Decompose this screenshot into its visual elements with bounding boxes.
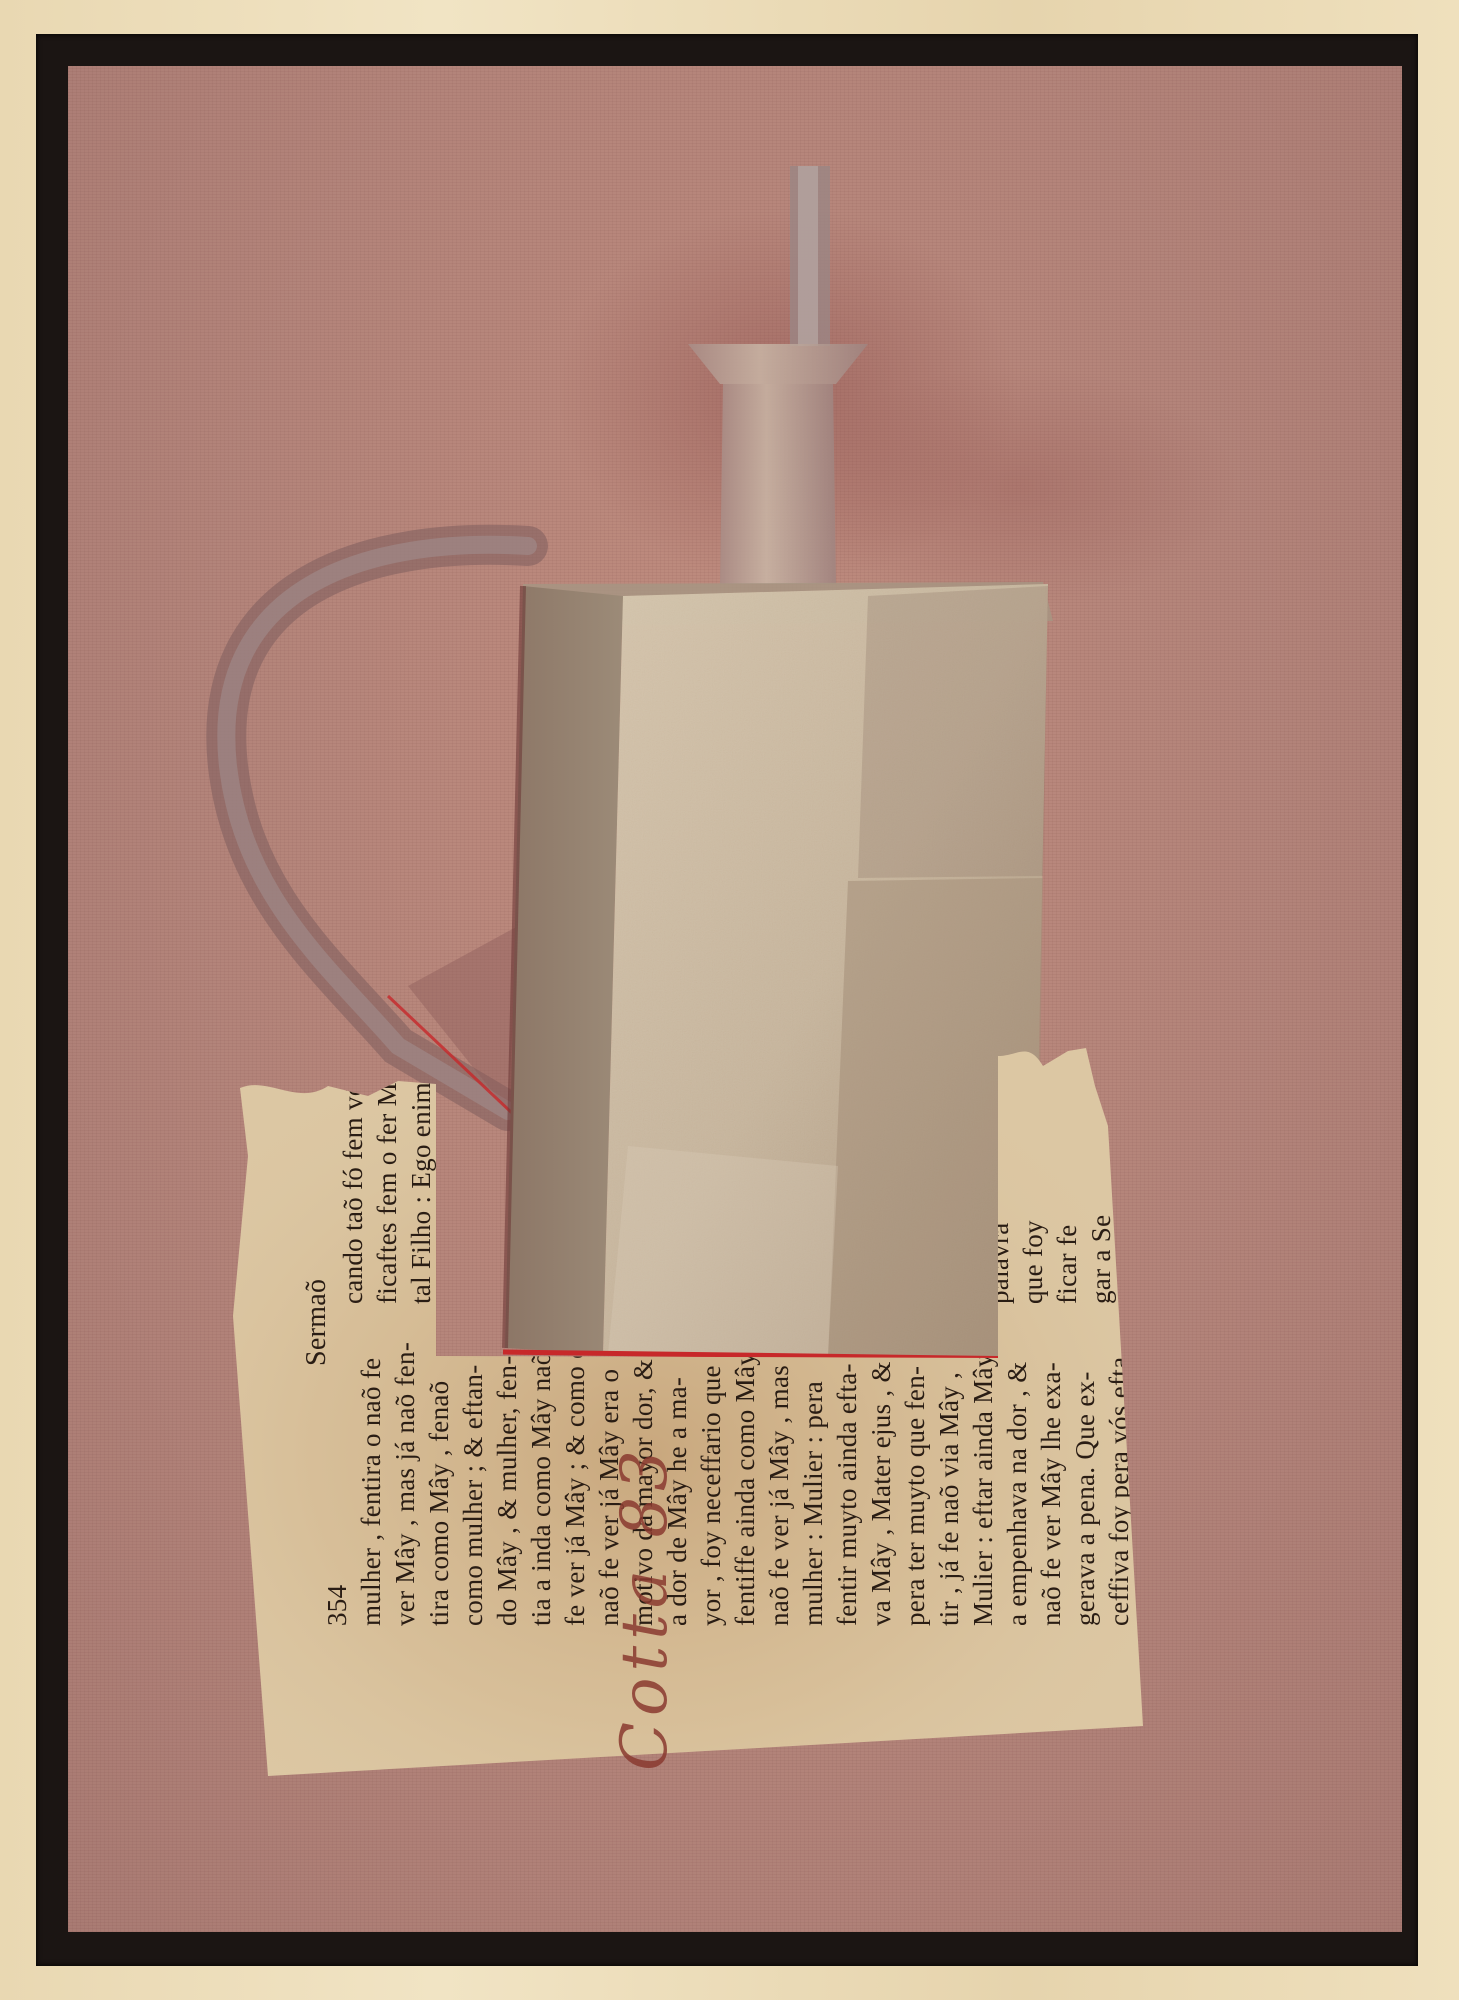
text-line: tia a inda como Mây naõ — [524, 1341, 558, 1626]
text-line: como mulher ; & eftan- — [456, 1341, 490, 1626]
bottle-spout-highlight — [798, 166, 818, 346]
text-line: fentiffe ainda como Mây — [728, 1341, 762, 1626]
text-line: ver Mây , mas já naõ fen- — [388, 1341, 422, 1626]
text-line: ficar fe — [1050, 1023, 1084, 1304]
text-line: naõ fe ver já Mây , mas — [762, 1341, 796, 1626]
text-line: pera ter muyto que fen- — [898, 1341, 932, 1626]
bottle-neck — [720, 384, 836, 584]
painted-canvas: 354 mulher , fentira o naõ fe ver Mây , … — [68, 66, 1402, 1932]
text-line: Mulier : eftar ainda Mây — [966, 1341, 1000, 1626]
text-line: va Mây , Mater ejus , & — [864, 1341, 898, 1626]
text-line: mulher , fentira o naõ fe — [354, 1341, 388, 1626]
text-line: tir , já fe naõ via Mây , — [932, 1341, 966, 1626]
text-line: yor , foy neceffario que — [694, 1341, 728, 1626]
page-header: Sermaõ — [300, 1279, 334, 1366]
bottle-body-highlight — [608, 1146, 838, 1356]
text-line: mulher : Mulier : pera — [796, 1341, 830, 1626]
page-number: 354 — [320, 1341, 354, 1626]
text-line: tira como Mây , fenaõ — [422, 1341, 456, 1626]
text-line: gerava a pena. Que ex- — [1068, 1341, 1102, 1626]
text-line: naõ fe ver Mây lhe exa- — [1034, 1341, 1068, 1626]
pastel-shadow-halo — [798, 366, 1238, 606]
text-line: do Mây , & mulher, fen- — [490, 1341, 524, 1626]
bottle-body-upper-shade — [858, 586, 1048, 878]
text-line: fentir muyto ainda efta- — [830, 1341, 864, 1626]
text-line: fe ver já Mây ; & como o — [558, 1341, 592, 1626]
text-line: que foy — [1016, 1023, 1050, 1304]
artist-signature: Cotta 83 — [608, 1444, 682, 1771]
text-line: a empenhava na dor , & — [1000, 1341, 1034, 1626]
